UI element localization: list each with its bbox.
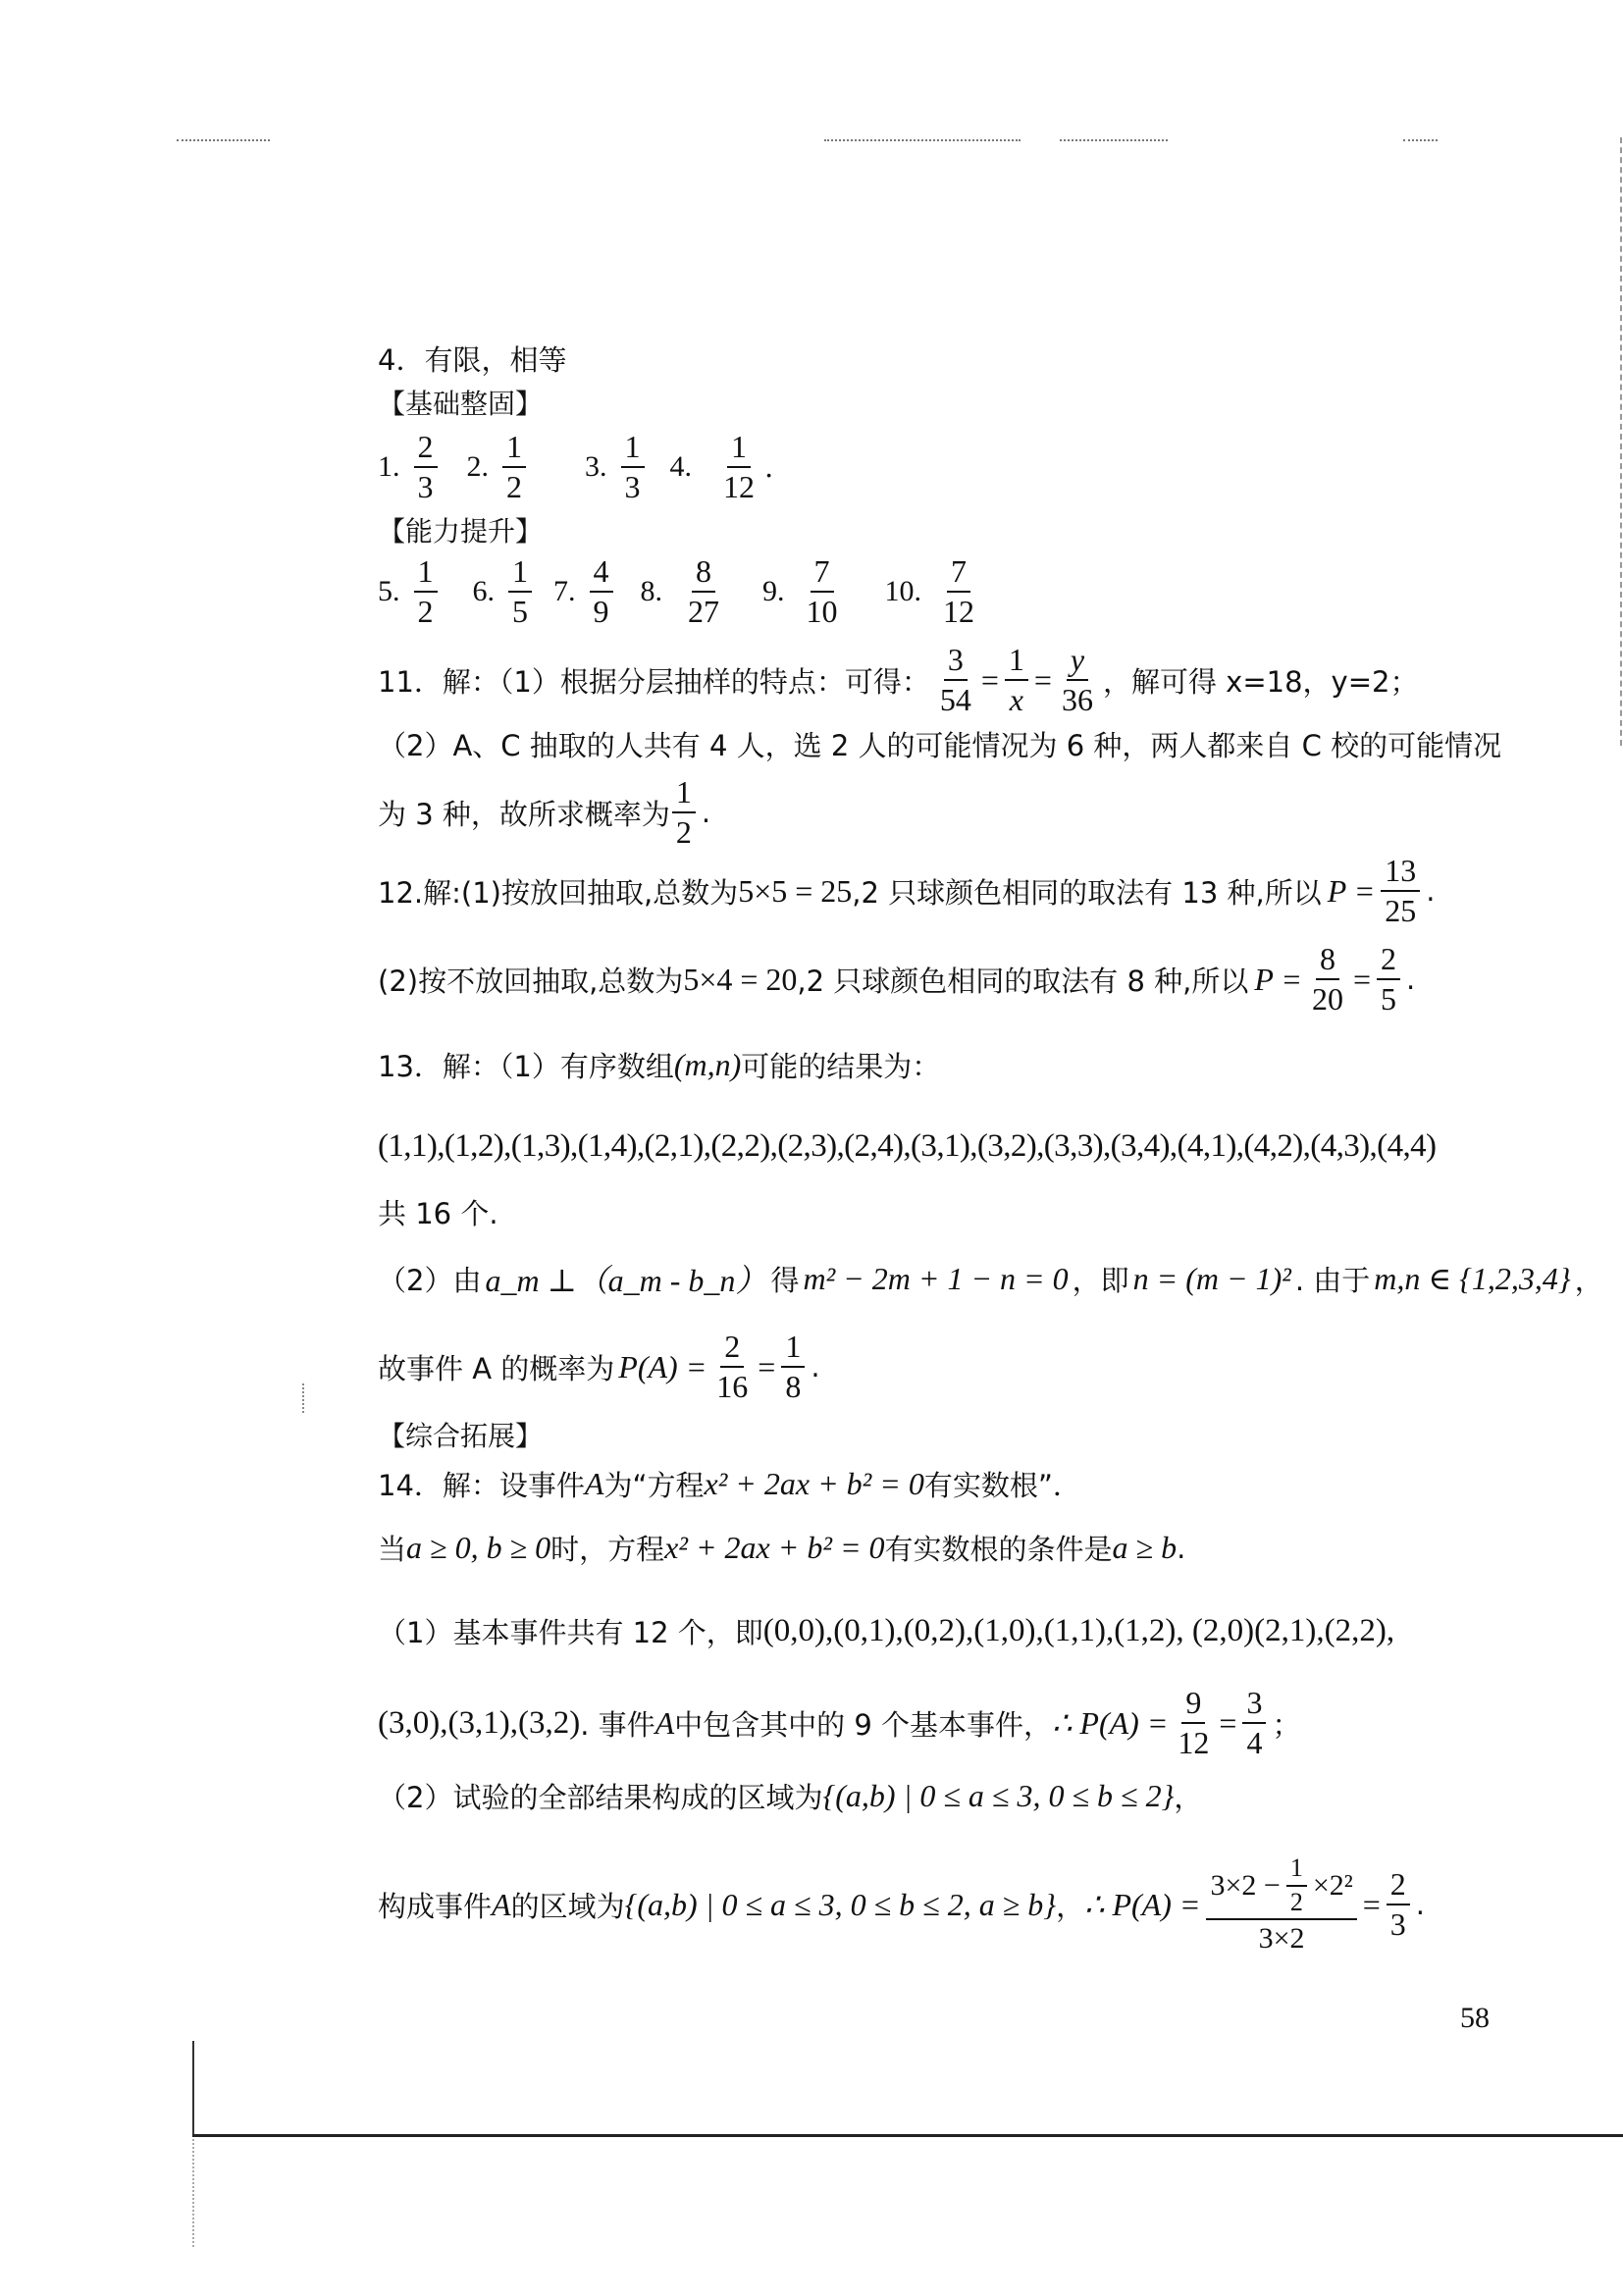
probability-symbol: P(A) =	[618, 1349, 707, 1385]
event-symbol: A	[585, 1466, 604, 1502]
q12-part1-text: 12.解:(1)按放回抽取,总数为	[378, 871, 738, 912]
numerator: 1	[502, 430, 526, 468]
numerator: 1	[672, 775, 696, 813]
numerator: 1	[727, 430, 751, 468]
fraction: 1325	[1381, 854, 1420, 928]
denominator: 12	[719, 468, 759, 504]
denominator: 20	[1308, 980, 1347, 1017]
set-expression: {(a,b) | 0 ≤ a ≤ 3, 0 ≤ b ≤ 2}	[822, 1778, 1174, 1814]
numerator-part: 3×2 −	[1210, 1869, 1280, 1902]
answer-fraction: 827	[684, 554, 723, 629]
section-heading-basic: 【基础整固】	[378, 383, 543, 422]
fraction: 216	[712, 1330, 752, 1404]
period: .	[1426, 874, 1435, 908]
section-heading-extend: 【综合拓展】	[378, 1415, 543, 1454]
section-heading-text: 【能力提升】	[378, 510, 543, 549]
answer-fraction: 23	[414, 430, 438, 504]
math-expression: 5×5 = 25	[738, 873, 852, 910]
compound-fraction: 3×2 − 12 ×2² 3×2	[1206, 1854, 1356, 1955]
equals-sign: =	[981, 662, 999, 699]
scan-artifact-dots	[192, 2139, 194, 2247]
text: （2）试验的全部结果构成的区域为	[378, 1776, 822, 1816]
text: . 事件	[580, 1703, 654, 1744]
period: .	[702, 796, 710, 829]
denominator: x	[1006, 681, 1027, 717]
denominator: 2	[502, 468, 526, 504]
text: ，即	[1073, 1259, 1129, 1299]
q12-part2-text: (2)按不放回抽取,总数为	[378, 960, 683, 1000]
scan-artifact-rule	[177, 139, 270, 141]
q13-part1-suffix: 可能的结果为：	[741, 1045, 940, 1085]
fraction: 23	[1387, 1867, 1410, 1942]
q13-part1-text: 13．解：（1）有序数组	[378, 1045, 674, 1085]
probability-symbol: P =	[1328, 873, 1376, 910]
q13-part3: 故事件 A 的概率为 P(A) = 216 = 18 .	[378, 1330, 820, 1404]
ordered-pairs-list: (0,0),(0,1),(0,2),(1,0),(1,1),(1,2), (2,…	[763, 1613, 1394, 1649]
denominator: 5	[1377, 980, 1400, 1017]
answer-fraction: 710	[803, 554, 842, 629]
numerator: 7	[947, 554, 970, 593]
fraction: 354	[936, 643, 975, 717]
answer-suffix: .	[764, 450, 773, 484]
numerator: 1	[621, 430, 645, 468]
fraction: 12	[1286, 1854, 1307, 1916]
probability-symbol: P =	[1254, 962, 1302, 998]
text: 有实数根”．	[924, 1464, 1081, 1504]
q13-part1: 13．解：（1）有序数组 (m,n) 可能的结果为：	[378, 1045, 940, 1085]
answer-index: 7.	[553, 575, 576, 608]
numerator: 4	[590, 554, 613, 593]
q11-part2-text: （2）A、C 抽取的人共有 4 人，选 2 人的可能情况为 6 种，两人都来自 …	[378, 724, 1501, 764]
answer-index: 4.	[670, 450, 693, 484]
answer-item: 2. 12	[467, 430, 533, 504]
fraction: 1x	[1005, 643, 1028, 717]
text: ，	[1056, 1885, 1084, 1925]
math-expression: a ≥ 0, b ≥ 0	[406, 1530, 550, 1566]
denominator: 27	[684, 593, 723, 629]
q13-part2: （2）由 a_m ⊥（a_m - b_n） 得 m² − 2m + 1 − n …	[378, 1256, 1603, 1301]
answer-item: 9. 710	[762, 554, 848, 629]
answer-index: 1.	[378, 450, 400, 484]
section-heading-text: 【基础整固】	[378, 383, 543, 422]
numerator: 1	[781, 1330, 805, 1368]
answer-item: 1. 23	[378, 430, 444, 504]
page-border-bottom	[192, 2134, 1623, 2137]
fraction: 820	[1308, 942, 1347, 1017]
scan-artifact-rule	[1403, 139, 1438, 141]
q11-part2: （2）A、C 抽取的人共有 4 人，选 2 人的可能情况为 6 种，两人都来自 …	[378, 724, 1501, 764]
answer-index: 3.	[585, 450, 607, 484]
q14-part6: 构成事件 A 的区域为 {(a,b) | 0 ≤ a ≤ 3, 0 ≤ b ≤ …	[378, 1854, 1425, 1955]
set-expression: {(a,b) | 0 ≤ a ≤ 3, 0 ≤ b ≤ 2, a ≥ b}	[625, 1887, 1057, 1923]
ordered-pairs-list: (3,0),(3,1),(3,2)	[378, 1705, 580, 1742]
document-page: 4． 有限，相等 【基础整固】 1. 23 2. 12 3. 13 4. 112…	[0, 0, 1623, 2296]
numerator: 1	[1286, 1854, 1307, 1887]
math-expression: a ≥ b	[1113, 1530, 1178, 1566]
math-expression: m² − 2m + 1 − n = 0	[803, 1261, 1068, 1297]
numerator: 2	[1387, 1867, 1410, 1905]
text: 的区域为	[511, 1885, 625, 1925]
q13-part3-text: 故事件 A 的概率为	[378, 1347, 614, 1387]
numerator: 3	[944, 643, 968, 681]
section-heading-ability: 【能力提升】	[378, 510, 543, 549]
scan-artifact-tick	[302, 1383, 304, 1413]
fraction: 25	[1377, 942, 1400, 1017]
fraction: 912	[1174, 1686, 1213, 1760]
numerator: 8	[692, 554, 715, 593]
denominator: 3×2	[1255, 1920, 1309, 1955]
q12-part1: 12.解:(1)按放回抽取,总数为 5×5 = 25 ,2 只球颜色相同的取法有…	[378, 854, 1436, 928]
fraction: 34	[1242, 1686, 1266, 1760]
section-heading-text: 【综合拓展】	[378, 1415, 543, 1454]
text: 时，方程	[550, 1528, 664, 1568]
answer-fraction: 49	[590, 554, 613, 629]
math-expression: (m,n)	[674, 1047, 741, 1083]
text: 为“方程	[603, 1464, 704, 1504]
denominator: 54	[936, 681, 975, 717]
period: .	[1416, 1888, 1425, 1921]
answer-item: 3. 13	[585, 430, 651, 504]
denominator: 4	[1242, 1724, 1266, 1760]
text: （1）基本事件共有 12 个，即	[378, 1611, 763, 1651]
denominator: 3	[621, 468, 645, 504]
denominator: 2	[672, 813, 696, 850]
fraction: 12	[672, 775, 696, 850]
answer-index: 8.	[641, 575, 663, 608]
q14-part2: 当 a ≥ 0, b ≥ 0 时，方程 x² + 2ax + b² = 0 有实…	[378, 1528, 1185, 1568]
answer-item: 10. 712	[885, 554, 985, 629]
answer-index: 6.	[473, 575, 496, 608]
q14-part5: （2）试验的全部结果构成的区域为 {(a,b) | 0 ≤ a ≤ 3, 0 ≤…	[378, 1776, 1202, 1816]
page-border-left	[192, 2041, 194, 2137]
q14-part4: (3,0),(3,1),(3,2) . 事件 A 中包含其中的 9 个基本事件，…	[378, 1686, 1300, 1760]
item-4-label: 4．	[378, 339, 424, 379]
denominator: 12	[939, 593, 978, 629]
q11-part1-text: 11．解：（1）根据分层抽样的特点：可得：	[378, 660, 930, 701]
period: .	[1406, 963, 1415, 996]
answer-fraction: 13	[621, 430, 645, 504]
numerator: 2	[414, 430, 438, 468]
answer-fraction: 712	[939, 554, 978, 629]
text: 14．解：设事件	[378, 1464, 585, 1504]
q12-part1-mid: ,2 只球颜色相同的取法有 13 种,所以	[852, 871, 1321, 912]
denominator: 12	[1174, 1724, 1213, 1760]
ordered-pairs-list: (1,1),(1,2),(1,3),(1,4),(2,1),(2,2),(2,3…	[378, 1128, 1436, 1165]
math-expression: 5×4 = 20	[683, 962, 797, 998]
answer-item: 4. 112 .	[670, 430, 774, 504]
denominator: 2	[1286, 1887, 1307, 1917]
text: ，	[1174, 1776, 1202, 1816]
numerator: 1	[508, 554, 532, 593]
denominator: 5	[508, 593, 532, 629]
denominator: 36	[1058, 681, 1097, 717]
answer-fraction: 12	[502, 430, 526, 504]
q11-part3: 为 3 种，故所求概率为 12 .	[378, 775, 710, 850]
denominator: 25	[1381, 892, 1420, 928]
numerator: 9	[1181, 1686, 1205, 1724]
q12-part2-mid: ,2 只球颜色相同的取法有 8 种,所以	[797, 960, 1248, 1000]
q11-part1: 11．解：（1）根据分层抽样的特点：可得： 354 = 1x = y36 ，解可…	[378, 643, 1418, 717]
text: 有实数根的条件是	[885, 1528, 1113, 1568]
q11-part1-result: ，解可得 x=18，y=2；	[1103, 660, 1419, 701]
text: 中包含其中的 9 个基本事件，	[674, 1703, 1052, 1744]
denominator: 10	[803, 593, 842, 629]
equation: x² + 2ax + b² = 0	[704, 1466, 923, 1502]
item-4: 4． 有限，相等	[378, 339, 566, 379]
probability-symbol: ∴ P(A) =	[1084, 1886, 1200, 1923]
q11-part3-text: 为 3 种，故所求概率为	[378, 793, 670, 833]
numerator: 13	[1381, 854, 1420, 892]
answer-fraction: 15	[508, 554, 532, 629]
text: （2）由	[378, 1259, 481, 1299]
numerator: 7	[811, 554, 834, 593]
fraction: 18	[781, 1330, 805, 1404]
scan-artifact-rule	[1060, 139, 1168, 141]
scan-artifact-rule	[824, 139, 1021, 141]
text: ，	[1575, 1259, 1603, 1299]
text: 当	[378, 1528, 406, 1568]
denominator: 3	[414, 468, 438, 504]
numerator-part: ×2²	[1313, 1869, 1353, 1902]
fraction: y36	[1058, 643, 1097, 717]
answer-item: 8. 827	[641, 554, 730, 629]
scan-artifact-edge	[1620, 137, 1622, 746]
event-symbol: A	[655, 1705, 675, 1742]
q14-part1: 14．解：设事件 A 为“方程 x² + 2ax + b² = 0 有实数根”．	[378, 1464, 1081, 1504]
item-4-text: 有限，相等	[424, 339, 566, 379]
q13-total: 共 16 个.	[378, 1192, 498, 1232]
math-expression: a_m ⊥（a_m - b_n）	[485, 1256, 766, 1301]
answer-index: 9.	[762, 575, 785, 608]
answer-item: 6. 15	[473, 554, 539, 629]
text: ；	[1272, 1703, 1300, 1744]
basic-answers-row: 1. 23 2. 12 3. 13 4. 112 .	[378, 430, 773, 504]
answer-item: 7. 49	[553, 554, 619, 629]
text: 得	[770, 1259, 799, 1299]
numerator: 1	[1005, 643, 1028, 681]
numerator: 8	[1316, 942, 1339, 980]
denominator: 9	[590, 593, 613, 629]
text: .	[1177, 1532, 1185, 1565]
denominator: 2	[414, 593, 438, 629]
answer-fraction: 12	[414, 554, 438, 629]
numerator: y	[1067, 643, 1088, 681]
ability-answers-row: 5. 12 6. 15 7. 49 8. 827 9. 710 10. 712	[378, 554, 984, 629]
denominator: 3	[1387, 1905, 1410, 1942]
denominator: 8	[781, 1368, 805, 1404]
page-number: 58	[1460, 2002, 1490, 2035]
q13-total-text: 共 16 个.	[378, 1192, 498, 1232]
equals-sign: =	[1034, 662, 1052, 699]
numerator: 2	[1377, 942, 1400, 980]
answer-index: 2.	[467, 450, 490, 484]
probability-symbol: ∴ P(A) =	[1052, 1704, 1168, 1742]
event-symbol: A	[492, 1887, 511, 1923]
denominator: 16	[712, 1368, 752, 1404]
equation: x² + 2ax + b² = 0	[664, 1530, 884, 1566]
text: . 由于	[1295, 1259, 1370, 1299]
numerator: 2	[720, 1330, 744, 1368]
answer-index: 5.	[378, 575, 400, 608]
q14-part3: （1）基本事件共有 12 个，即 (0,0),(0,1),(0,2),(1,0)…	[378, 1611, 1394, 1651]
numerator: 3	[1242, 1686, 1266, 1724]
math-expression: m,n ∈ {1,2,3,4}	[1374, 1260, 1570, 1297]
numerator: 3×2 − 12 ×2²	[1206, 1854, 1356, 1920]
period: .	[811, 1350, 819, 1383]
answer-fraction: 112	[719, 430, 759, 504]
answer-item: 5. 12	[378, 554, 444, 629]
text: 构成事件	[378, 1885, 492, 1925]
q12-part2: (2)按不放回抽取,总数为 5×4 = 20 ,2 只球颜色相同的取法有 8 种…	[378, 942, 1415, 1017]
numerator: 1	[414, 554, 438, 593]
answer-index: 10.	[885, 575, 922, 608]
q13-pairs: (1,1),(1,2),(1,3),(1,4),(2,1),(2,2),(2,3…	[378, 1128, 1436, 1165]
math-expression: n = (m − 1)²	[1133, 1261, 1291, 1297]
